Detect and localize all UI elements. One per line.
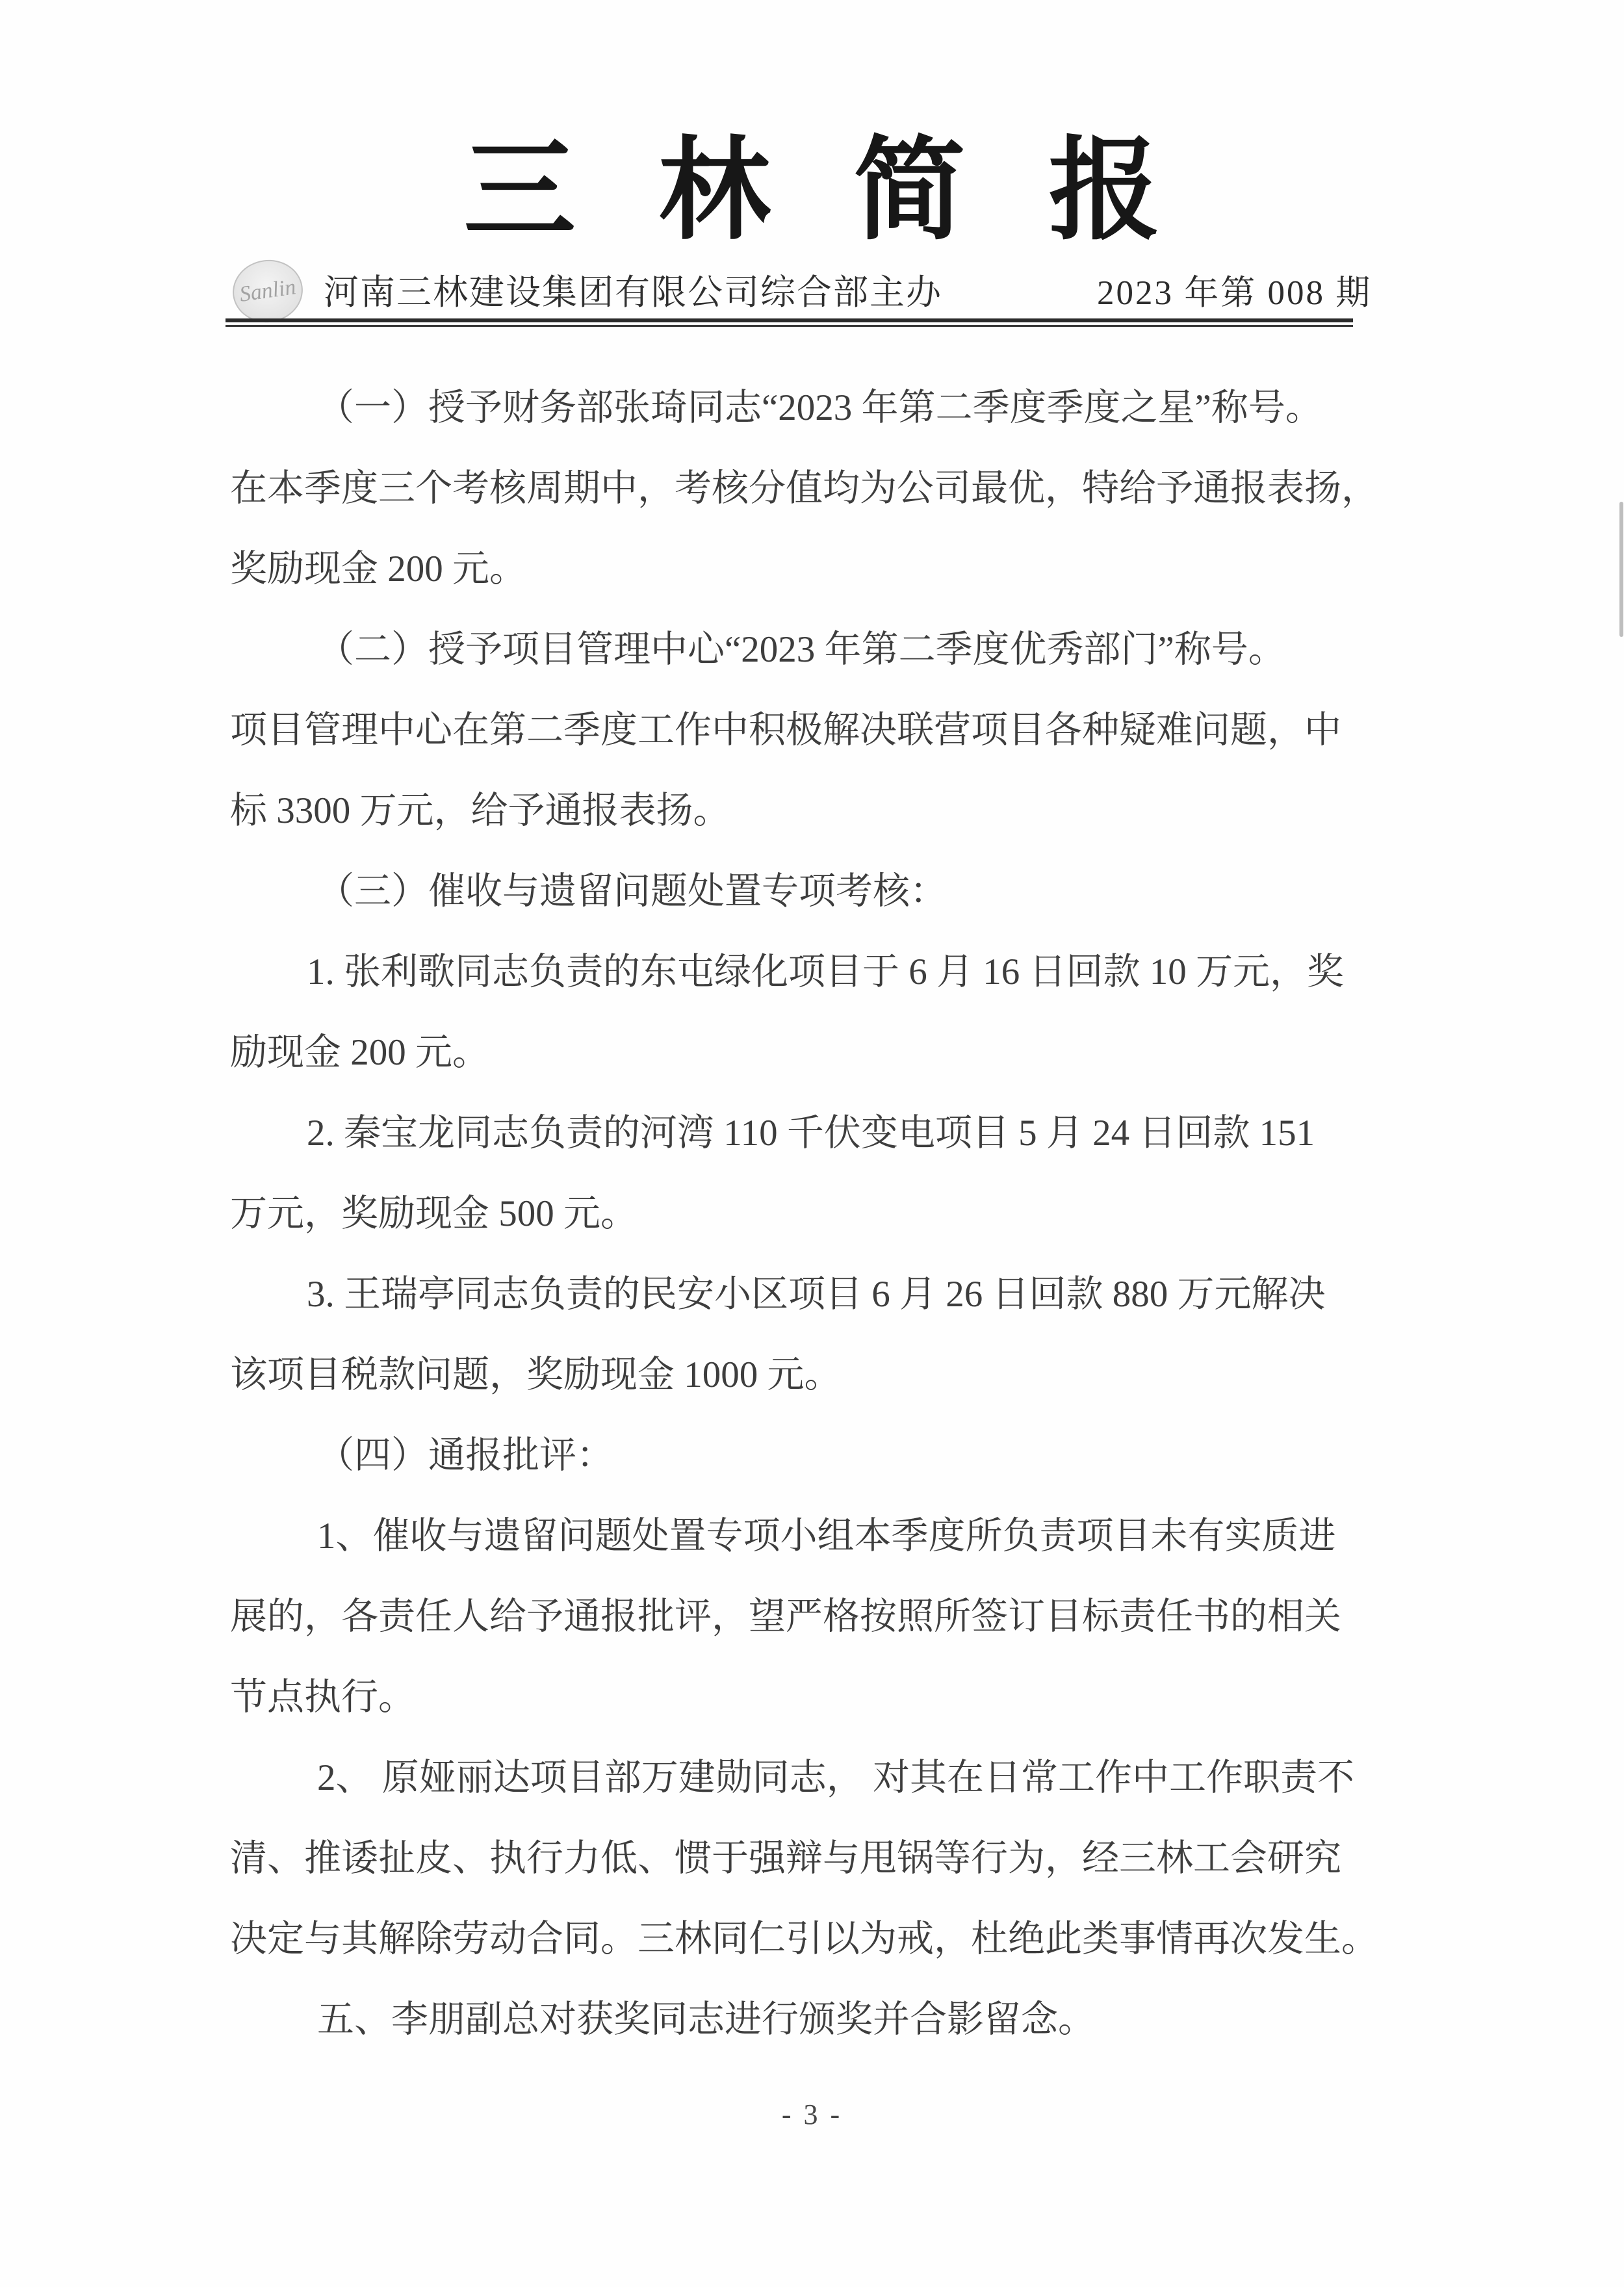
logo-text: Sanlin [238,275,297,307]
body-line: 在本季度三个考核周期中，考核分值均为公司最优，特给予通报表扬， [230,448,1384,529]
title-char: 简 [854,110,966,273]
issue-number: 2023 年第 008 期 [1097,265,1372,315]
body-line: （一）授予财务部张琦同志“2023 年第二季度季度之星”称号。 [230,368,1384,448]
body-line: 清、推诿扯皮、执行力低、惯于强辩与甩锅等行为，经三林工会研究 [230,1818,1384,1899]
body-line: 2. 秦宝龙同志负责的河湾 110 千伏变电项目 5 月 24 日回款 151 [230,1093,1384,1174]
body-line: （三）催收与遗留问题处置专项考核： [230,851,1384,932]
body-line: 展的，各责任人给予通报批评，望严格按照所签订目标责任书的相关 [230,1577,1384,1657]
body-line: （二）授予项目管理中心“2023 年第二季度优秀部门”称号。 [230,610,1384,690]
title-char: 报 [1049,110,1161,273]
body-line: 奖励现金 200 元。 [230,529,1384,610]
body-line: 1. 张利歌同志负责的东屯绿化项目于 6 月 16 日回款 10 万元，奖 [230,932,1384,1013]
body-line: （四）通报批评： [230,1415,1384,1496]
body-line: 标 3300 万元，给予通报表扬。 [230,771,1384,851]
company-logo: Sanlin [229,255,307,327]
masthead-info-row: Sanlin 河南三林建设集团有限公司综合部主办 2023 年第 008 期 [0,259,1624,318]
body-line: 五、李朋副总对获奖同志进行颁奖并合影留念。 [230,1980,1384,2060]
page-number: - 3 - [0,2098,1624,2131]
bulletin-title: 三 林 简 报 [0,110,1624,273]
body-line: 3. 王瑞亭同志负责的民安小区项目 6 月 26 日回款 880 万元解决 [230,1254,1384,1335]
body-line: 决定与其解除劳动合同。三林同仁引以为戒，杜绝此类事情再次发生。 [230,1899,1384,1980]
scan-edge-artifact [1619,502,1623,637]
publisher-text: 河南三林建设集团有限公司综合部主办 [324,265,942,315]
body-line: 1、催收与遗留问题处置专项小组本季度所负责项目未有实质进 [230,1496,1384,1577]
divider-thick-line [226,318,1353,322]
body-line: 万元，奖励现金 500 元。 [230,1174,1384,1254]
body-line: 励现金 200 元。 [230,1013,1384,1093]
body-line: 2、 原娅丽达项目部万建勋同志， 对其在日常工作中工作职责不 [230,1738,1384,1818]
document-page: 三 林 简 报 Sanlin 河南三林建设集团有限公司综合部主办 2023 年第… [0,0,1624,2287]
divider-thin-line [226,325,1353,327]
header-divider [226,318,1353,327]
body-line: 项目管理中心在第二季度工作中积极解决联营项目各种疑难问题，中 [230,690,1384,771]
body-line: 该项目税款问题，奖励现金 1000 元。 [230,1335,1384,1415]
title-char: 三 [464,110,576,273]
title-char: 林 [659,110,771,273]
document-body: （一）授予财务部张琦同志“2023 年第二季度季度之星”称号。 在本季度三个考核… [230,368,1384,2060]
body-line: 节点执行。 [230,1657,1384,1738]
